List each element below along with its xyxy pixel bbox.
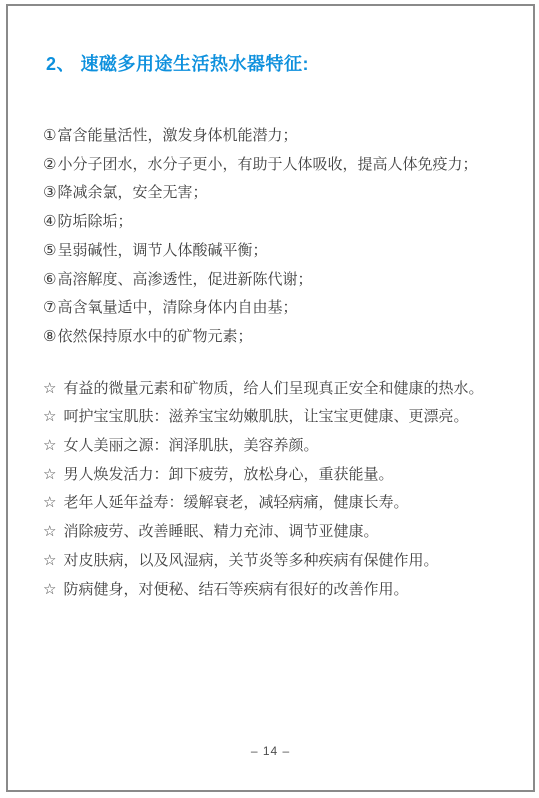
star-icon: ☆ bbox=[43, 547, 56, 576]
list-item-text: 高含氧量适中，清除身体内自由基； bbox=[57, 299, 297, 316]
star-icon: ☆ bbox=[43, 375, 56, 404]
list-item: ⑧依然保持原水中的矿物元素； bbox=[43, 323, 505, 352]
circled-number-marker: ① bbox=[43, 122, 56, 151]
list-item-text: 防垢除垢； bbox=[57, 213, 132, 230]
list-item-text: 呵护宝宝肌肤：滋养宝宝幼嫩肌肤，让宝宝更健康、更漂亮。 bbox=[63, 408, 468, 425]
list-item: ⑤呈弱碱性，调节人体酸碱平衡； bbox=[43, 237, 505, 266]
list-item: ☆呵护宝宝肌肤：滋养宝宝幼嫩肌肤，让宝宝更健康、更漂亮。 bbox=[43, 403, 505, 432]
star-icon: ☆ bbox=[43, 576, 56, 605]
list-item-text: 老年人延年益寿：缓解衰老，减轻病痛，健康长寿。 bbox=[63, 494, 408, 511]
star-icon: ☆ bbox=[43, 489, 56, 518]
list-item-text: 有益的微量元素和矿物质，给人们呈现真正安全和健康的热水。 bbox=[63, 380, 483, 397]
circled-number-marker: ⑧ bbox=[43, 323, 56, 352]
section-title: 2、 速磁多用途生活热水器特征: bbox=[43, 6, 505, 76]
list-item: ☆老年人延年益寿：缓解衰老，减轻病痛，健康长寿。 bbox=[43, 489, 505, 518]
list-item: ☆对皮肤病，以及风湿病，关节炎等多种疾病有保健作用。 bbox=[43, 547, 505, 576]
list-item-text: 高溶解度、高渗透性，促进新陈代谢； bbox=[57, 271, 312, 288]
circled-number-marker: ③ bbox=[43, 179, 56, 208]
list-item: ③降减余氯，安全无害； bbox=[43, 179, 505, 208]
list-item-text: 对皮肤病，以及风湿病，关节炎等多种疾病有保健作用。 bbox=[63, 552, 438, 569]
list-item: ⑥高溶解度、高渗透性，促进新陈代谢； bbox=[43, 266, 505, 295]
page-number: – 14 – bbox=[8, 744, 533, 758]
list-item-text: 消除疲劳、改善睡眠、精力充沛、调节亚健康。 bbox=[63, 523, 378, 540]
list-item-text: 男人焕发活力：卸下疲劳，放松身心，重获能量。 bbox=[63, 466, 393, 483]
list-item: ⑦高含氧量适中，清除身体内自由基； bbox=[43, 294, 505, 323]
list-item-text: 防病健身，对便秘、结石等疾病有很好的改善作用。 bbox=[63, 581, 408, 598]
list-item: ☆女人美丽之源：润泽肌肤，美容养颜。 bbox=[43, 432, 505, 461]
list-item: ②小分子团水，水分子更小，有助于人体吸收，提高人体免疫力； bbox=[43, 151, 505, 180]
star-icon: ☆ bbox=[43, 461, 56, 490]
page-border: 2、 速磁多用途生活热水器特征: ①富含能量活性，激发身体机能潜力；②小分子团水… bbox=[6, 4, 535, 792]
list-item: ☆防病健身，对便秘、结石等疾病有很好的改善作用。 bbox=[43, 576, 505, 605]
list-item: ☆消除疲劳、改善睡眠、精力充沛、调节亚健康。 bbox=[43, 518, 505, 547]
circled-number-marker: ② bbox=[43, 151, 56, 180]
circled-number-marker: ④ bbox=[43, 208, 56, 237]
list-item: ☆有益的微量元素和矿物质，给人们呈现真正安全和健康的热水。 bbox=[43, 375, 505, 404]
star-benefit-list: ☆有益的微量元素和矿物质，给人们呈现真正安全和健康的热水。☆呵护宝宝肌肤：滋养宝… bbox=[43, 375, 505, 605]
list-item: ①富含能量活性，激发身体机能潜力； bbox=[43, 122, 505, 151]
list-item-text: 女人美丽之源：润泽肌肤，美容养颜。 bbox=[63, 437, 318, 454]
circled-number-marker: ⑦ bbox=[43, 294, 56, 323]
list-item-text: 富含能量活性，激发身体机能潜力； bbox=[57, 127, 297, 144]
list-item: ④防垢除垢； bbox=[43, 208, 505, 237]
star-icon: ☆ bbox=[43, 518, 56, 547]
list-item-text: 小分子团水，水分子更小，有助于人体吸收，提高人体免疫力； bbox=[57, 156, 477, 173]
circled-number-marker: ⑥ bbox=[43, 266, 56, 295]
circled-number-marker: ⑤ bbox=[43, 237, 56, 266]
star-icon: ☆ bbox=[43, 432, 56, 461]
list-item-text: 降减余氯，安全无害； bbox=[57, 184, 207, 201]
list-item-text: 依然保持原水中的矿物元素； bbox=[57, 328, 252, 345]
page-content: 2、 速磁多用途生活热水器特征: ①富含能量活性，激发身体机能潜力；②小分子团水… bbox=[8, 6, 533, 790]
numbered-feature-list: ①富含能量活性，激发身体机能潜力；②小分子团水，水分子更小，有助于人体吸收，提高… bbox=[43, 122, 505, 352]
list-item: ☆男人焕发活力：卸下疲劳，放松身心，重获能量。 bbox=[43, 461, 505, 490]
star-icon: ☆ bbox=[43, 403, 56, 432]
list-item-text: 呈弱碱性，调节人体酸碱平衡； bbox=[57, 242, 267, 259]
page-canvas: 2、 速磁多用途生活热水器特征: ①富含能量活性，激发身体机能潜力；②小分子团水… bbox=[0, 0, 539, 798]
